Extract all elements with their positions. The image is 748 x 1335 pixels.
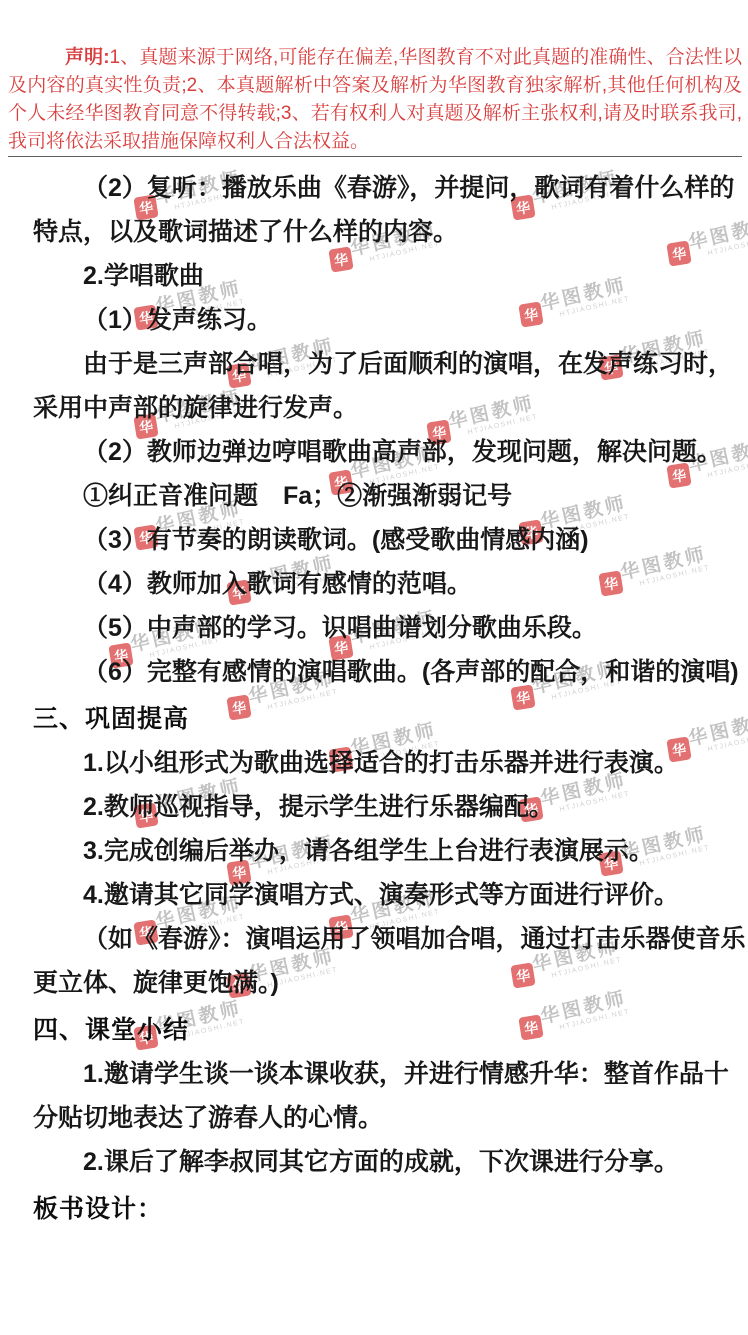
body-line: （5）中声部的学习。识唱曲谱划分歌曲乐段。 (33, 606, 723, 650)
disclaimer-text: 声明:1、真题来源于网络,可能存在偏差,华图教育不对此真题的准确性、合法性以及内… (8, 44, 742, 156)
body-line: （4）教师加入歌词有感情的范唱。 (33, 562, 723, 606)
body-line: （1）发声练习。 (33, 298, 723, 342)
body-line: 采用中声部的旋律进行发声。 (33, 386, 723, 430)
body-line: （2）复听：播放乐曲《春游》，并提问，歌词有着什么样的 (33, 166, 723, 210)
body-line: 由于是三声部合唱，为了后面顺利的演唱，在发声练习时， (33, 342, 723, 386)
section-heading: 三、巩固提高 (33, 697, 723, 741)
body-line: 3.完成创编后举办，请各组学生上台进行表演展示。 (33, 829, 723, 873)
section-divider (8, 156, 742, 157)
disclaimer-label: 声明: (65, 47, 110, 68)
body-line: （2）教师边弹边哼唱歌曲高声部，发现问题，解决问题。 (33, 430, 723, 474)
body-line: （如《春游》：演唱运用了领唱加合唱，通过打击乐器使音乐 (33, 917, 723, 961)
body-line: 分贴切地表达了游春人的心情。 (33, 1096, 723, 1140)
body-line: 2.课后了解李叔同其它方面的成就，下次课进行分享。 (33, 1140, 723, 1184)
body-line: 1.邀请学生谈一谈本课收获，并进行情感升华：整首作品十 (33, 1052, 723, 1096)
section-heading: 板书设计： (33, 1187, 723, 1231)
lesson-plan-content: （2）复听：播放乐曲《春游》，并提问，歌词有着什么样的特点，以及歌词描述了什么样… (33, 166, 723, 1231)
section-heading: 四、课堂小结 (33, 1008, 723, 1052)
body-line: ①纠正音准问题 Fa；②渐强渐弱记号 (33, 474, 723, 518)
body-line: 4.邀请其它同学演唱方式、演奏形式等方面进行评价。 (33, 873, 723, 917)
body-line: 特点，以及歌词描述了什么样的内容。 (33, 210, 723, 254)
body-line: 2.教师巡视指导，提示学生进行乐器编配。 (33, 785, 723, 829)
body-line: 2.学唱歌曲 (33, 254, 723, 298)
body-line: （3）有节奏的朗读歌词。(感受歌曲情感内涵) (33, 518, 723, 562)
body-line: （6）完整有感情的演唱歌曲。(各声部的配合，和谐的演唱) (33, 650, 723, 694)
document-page: 声明:1、真题来源于网络,可能存在偏差,华图教育不对此真题的准确性、合法性以及内… (0, 0, 748, 1335)
disclaimer-body: 1、真题来源于网络,可能存在偏差,华图教育不对此真题的准确性、合法性以及内容的真… (8, 47, 742, 152)
body-line: 1.以小组形式为歌曲选择适合的打击乐器并进行表演。 (33, 741, 723, 785)
body-line: 更立体、旋律更饱满。) (33, 961, 723, 1005)
